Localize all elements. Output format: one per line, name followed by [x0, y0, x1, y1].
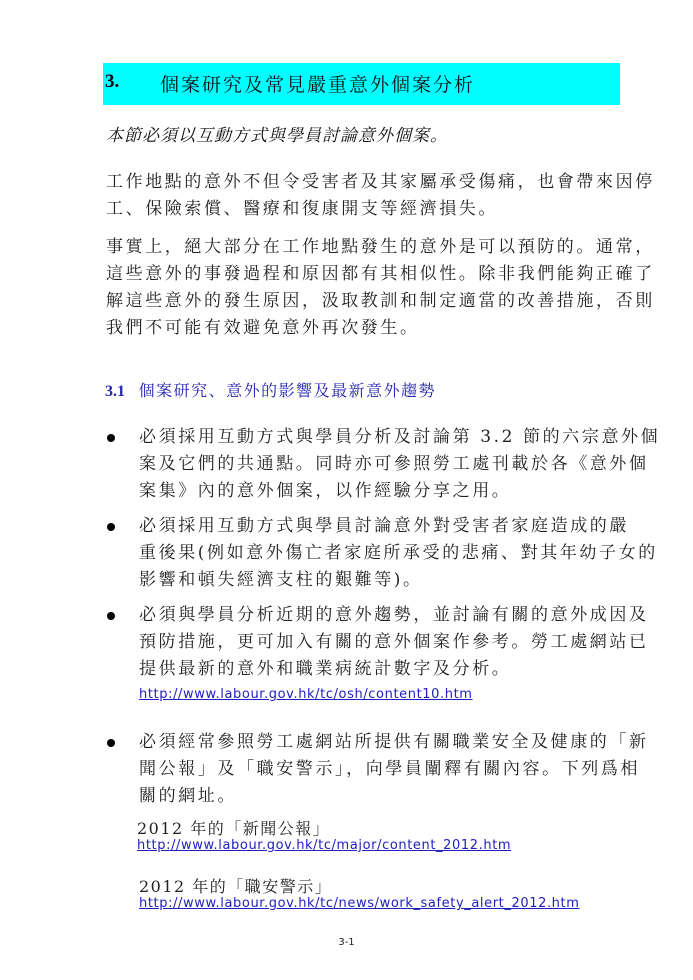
- bullet-icon: [107, 523, 115, 531]
- intro-note: 本節必須以互動方式與學員討論意外個案。: [106, 121, 448, 146]
- bullet-item-1: 必須採用互動方式與學員分析及討論第 3.2 節的六宗意外個 案及它們的共通點。同…: [139, 424, 629, 505]
- bullet-item-3: 必須與學員分析近期的意外趨勢，並討論有關的意外成因及 預防措施，更可加入有關的意…: [139, 602, 629, 683]
- bullet-icon: [107, 739, 115, 747]
- bullet-line: 必須經常參照勞工處網站所提供有關職業安全及健康的「新: [139, 729, 629, 756]
- press-release-label: 2012 年的「新聞公報」: [137, 816, 330, 839]
- page-number: 3-1: [0, 937, 693, 948]
- section-number: 3.1: [105, 383, 125, 400]
- bullet-line: 案及它們的共通點。同時亦可參照勞工處刊載於各《意外個: [139, 451, 629, 478]
- bullet-line: 重後果(例如意外傷亡者家庭所承受的悲痛、對其年幼子女的: [139, 540, 629, 567]
- paragraph-line: 工作地點的意外不但令受害者及其家屬承受傷痛，也會帶來因停: [106, 169, 626, 196]
- paragraph-line: 事實上，絕大部分在工作地點發生的意外是可以預防的。通常，: [106, 234, 626, 261]
- osh-statistics-link[interactable]: http://www.labour.gov.hk/tc/osh/content1…: [139, 687, 473, 702]
- chapter-header: 3. 個案研究及常見嚴重意外個案分析: [103, 63, 620, 105]
- bullet-line: 提供最新的意外和職業病統計數字及分析。: [139, 656, 629, 683]
- bullet-line: 案集》內的意外個案，以作經驗分享之用。: [139, 478, 629, 505]
- bullet-line: 必須採用互動方式與學員討論意外對受害者家庭造成的嚴: [139, 513, 629, 540]
- chapter-number: 3.: [105, 71, 119, 93]
- paragraph-1: 工作地點的意外不但令受害者及其家屬承受傷痛，也會帶來因停 工、保險索償、醫療和復…: [106, 169, 626, 223]
- bullet-line: 影響和頓失經濟支柱的艱難等)。: [139, 567, 629, 594]
- paragraph-line: 工、保險索償、醫療和復康開支等經濟損失。: [106, 196, 626, 223]
- paragraph-line: 這些意外的事發過程和原因都有其相似性。除非我們能夠正確了: [106, 261, 626, 288]
- paragraph-2: 事實上，絕大部分在工作地點發生的意外是可以預防的。通常， 這些意外的事發過程和原…: [106, 234, 626, 342]
- chapter-title: 個案研究及常見嚴重意外個案分析: [160, 70, 475, 97]
- paragraph-line: 解這些意外的發生原因，汲取教訓和制定適當的改善措施，否則: [106, 288, 626, 315]
- bullet-line: 必須採用互動方式與學員分析及討論第 3.2 節的六宗意外個: [139, 424, 629, 451]
- section-heading: 3.1 個案研究、意外的影響及最新意外趨勢: [105, 378, 436, 401]
- bullet-line: 必須與學員分析近期的意外趨勢，並討論有關的意外成因及: [139, 602, 629, 629]
- bullet-icon: [107, 612, 115, 620]
- paragraph-line: 我們不可能有效避免意外再次發生。: [106, 315, 626, 342]
- bullet-icon: [107, 434, 115, 442]
- bullet-line: 關的網址。: [139, 783, 629, 810]
- press-release-link[interactable]: http://www.labour.gov.hk/tc/major/conten…: [137, 838, 511, 853]
- bullet-line: 預防措施，更可加入有關的意外個案作參考。勞工處網站已: [139, 629, 629, 656]
- safety-alert-label: 2012 年的「職安警示」: [139, 874, 332, 897]
- bullet-item-4: 必須經常參照勞工處網站所提供有關職業安全及健康的「新 聞公報」及「職安警示」，向…: [139, 729, 629, 810]
- bullet-item-2: 必須採用互動方式與學員討論意外對受害者家庭造成的嚴 重後果(例如意外傷亡者家庭所…: [139, 513, 629, 594]
- safety-alert-link[interactable]: http://www.labour.gov.hk/tc/news/work_sa…: [139, 896, 579, 911]
- bullet-line: 聞公報」及「職安警示」，向學員闡釋有關內容。下列爲相: [139, 756, 629, 783]
- section-title: 個案研究、意外的影響及最新意外趨勢: [139, 381, 437, 400]
